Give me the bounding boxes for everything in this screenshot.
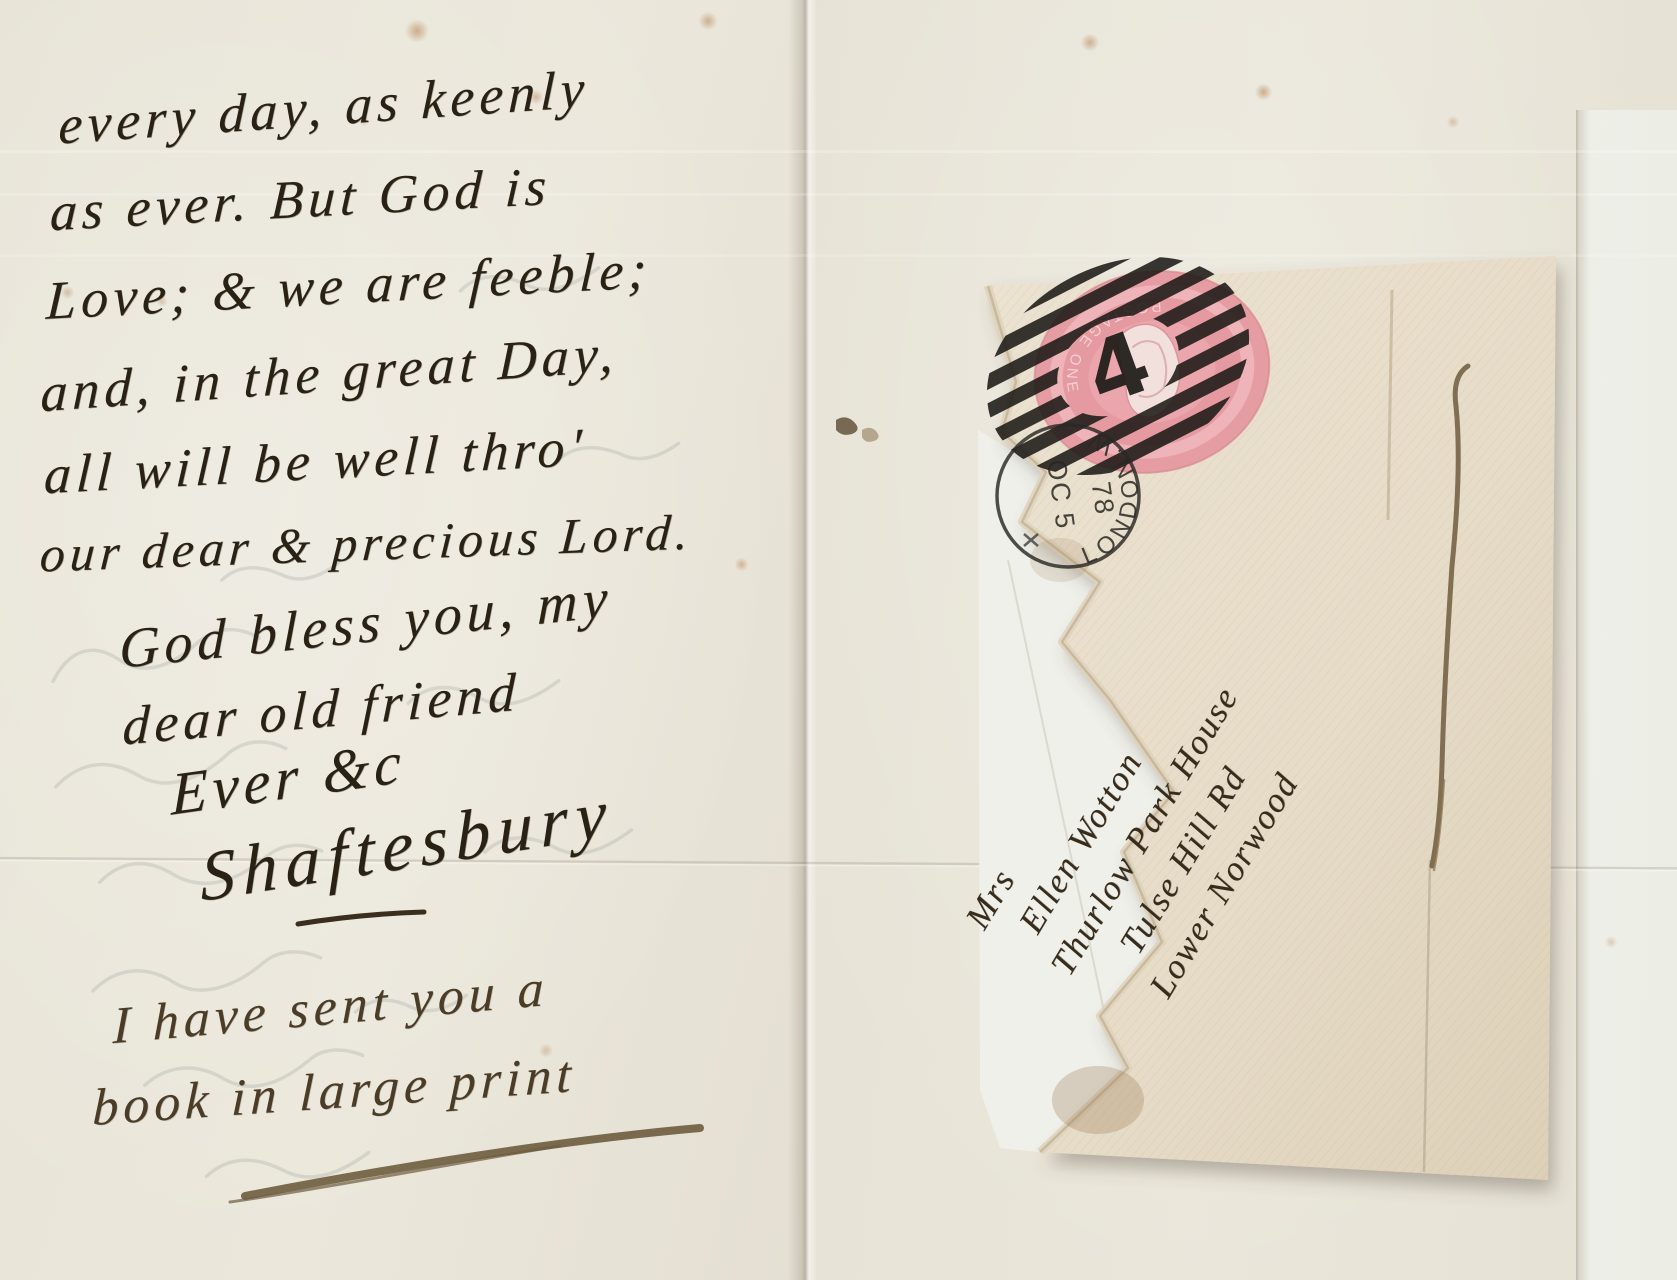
letter-scan: every day, as keenly as ever. But God is… <box>0 0 1677 1280</box>
envelope: POSTAGE ONE PENNY 4 LONDON.W OC 5 78 <box>0 0 1677 1280</box>
envelope-stain <box>1052 1066 1144 1134</box>
datestamp-year: 78 <box>1086 480 1120 518</box>
